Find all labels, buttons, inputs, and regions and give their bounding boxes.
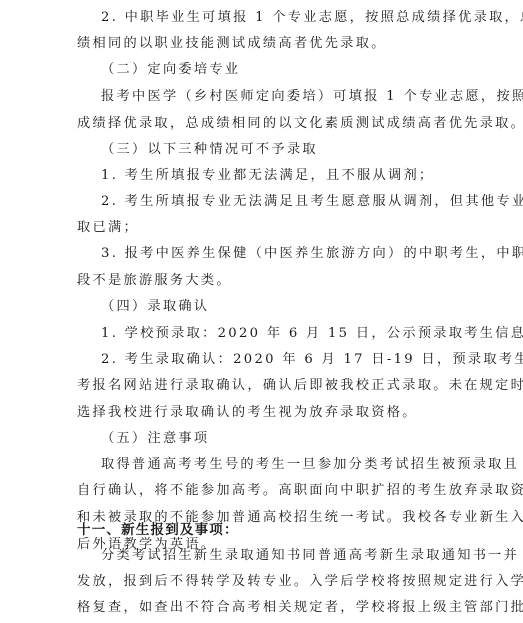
document-page: 2. 中职毕业生可填报 1 个专业志愿，按照总成绩择优录取，总成 绩相同的以职业… <box>0 0 523 623</box>
section-heading: 十一、新生报到及事项： <box>77 520 447 540</box>
paragraph-line: 取已满； <box>77 218 447 238</box>
paragraph-line: 选择我校进行录取确认的考生视为放弃录取资格。 <box>77 403 447 423</box>
paragraph-line: 段不是旅游服务大类。 <box>77 271 447 291</box>
paragraph-line: 1. 考生所填报专业都无法满足，且不服从调剂； <box>101 166 447 186</box>
paragraph-line: 绩相同的以职业技能测试成绩高者优先录取。 <box>77 34 447 54</box>
paragraph-line: 2. 考生所填报专业无法满足且考生愿意服从调剂，但其他专业录 <box>101 192 447 212</box>
section-subheading: （二）定向委培专业 <box>101 60 471 80</box>
paragraph-line: 3. 报考中医养生保健（中医养生旅游方向）的中职考生，中职阶 <box>101 244 447 264</box>
paragraph-line: 2. 考生录取确认：2020 年 6 月 17 日-19 日，预录取考生登录高 <box>101 350 447 370</box>
paragraph-line: 1. 学校预录取：2020 年 6 月 15 日，公示预录取考生信息。 <box>101 324 447 344</box>
paragraph-line: 报考中医学（乡村医师定向委培）可填报 1 个专业志愿，按照总 <box>101 87 447 107</box>
paragraph-line: 考报名网站进行录取确认，确认后即被我校正式录取。未在规定时间 <box>77 376 447 396</box>
section-subheading: （三）以下三种情况可不予录取 <box>101 140 471 160</box>
paragraph-line: 格复查，如查出不符合高考相关规定者，学校将报上级主管部门批准， <box>77 598 447 618</box>
paragraph-line: 成绩择优录取，总成绩相同的以文化素质测试成绩高者优先录取。 <box>77 114 447 134</box>
paragraph-line: 自行确认，将不能参加高考。高职面向中职扩招的考生放弃录取资格 <box>77 481 447 501</box>
section-subheading: （四）录取确认 <box>101 297 471 317</box>
paragraph-line: 2. 中职毕业生可填报 1 个专业志愿，按照总成绩择优录取，总成 <box>101 8 447 28</box>
paragraph-line: 取得普通高考考生号的考生一旦参加分类考试招生被预录取且 <box>101 455 447 475</box>
section-subheading: （五）注意事项 <box>101 429 471 449</box>
paragraph-line: 发放，报到后不得转学及转专业。入学后学校将按照规定进行入学资 <box>77 572 447 592</box>
paragraph-line: 分类考试招生新生录取通知书同普通高考新生录取通知书一并 <box>101 546 447 566</box>
